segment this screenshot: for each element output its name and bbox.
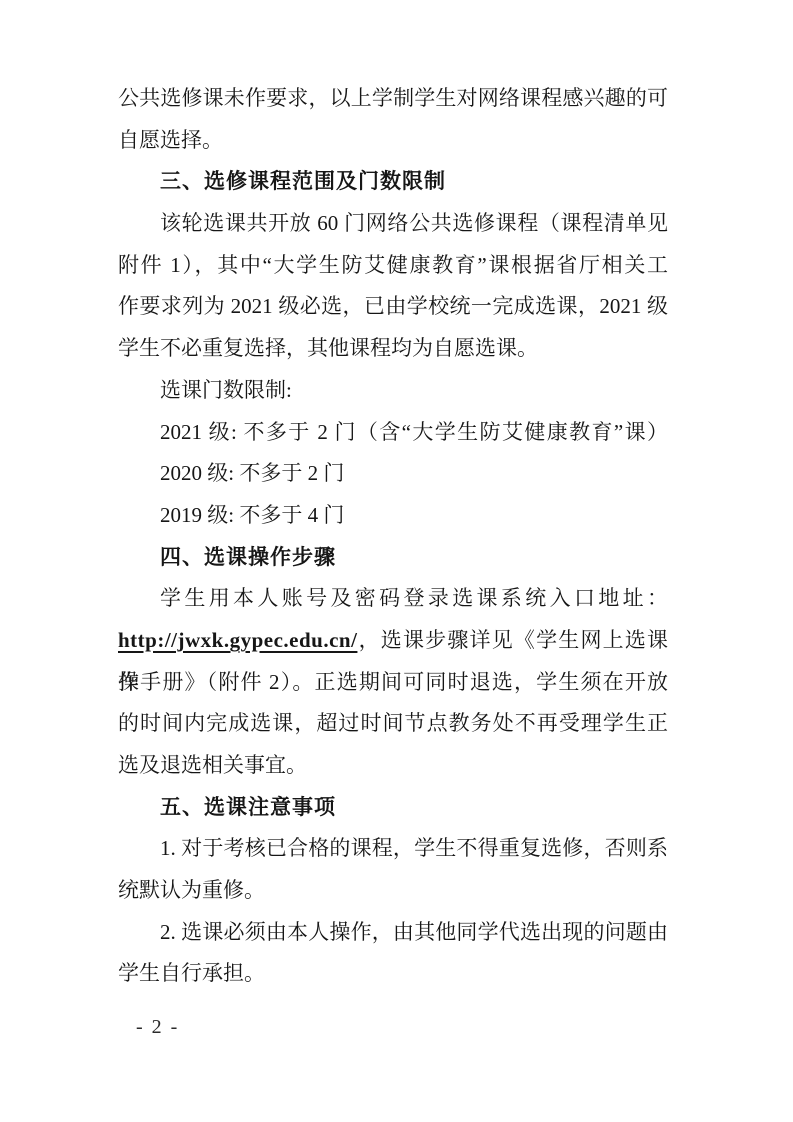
text-span: 学生自行承担。 — [118, 961, 265, 985]
text-span: 学生不必重复选择，其他课程均为自愿选课。 — [118, 336, 538, 360]
text-line: 2020 级: 不多于 2 门 — [118, 453, 668, 495]
text-line: 1. 对于考核已合格的课程，学生不得重复选修，否则系 — [118, 828, 668, 870]
text-span: 附件 1），其中“大学生防艾健康教育”课根据省厅相关工 — [118, 253, 668, 277]
text-span: 统默认为重修。 — [118, 878, 265, 902]
text-line: 2. 选课必须由本人操作，由其他同学代选出现的问题由 — [118, 912, 668, 954]
text-line: 选及退选相关事宜。 — [118, 745, 668, 787]
text-line: http://jwxk.gypec.edu.cn/，选课步骤详见《学生网上选课操 — [118, 620, 668, 662]
text-span: 选课门数限制: — [160, 378, 292, 402]
text-line: 作手册》（附件 2）。正选期间可同时退选，学生须在开放 — [118, 662, 668, 704]
text-span: 该轮选课共开放 60 门网络公共选修课程（课程清单见 — [160, 211, 668, 235]
text-span: 五、选课注意事项 — [160, 796, 336, 819]
text-line: 学生用本人账号及密码登录选课系统入口地址： — [118, 578, 668, 620]
text-line: 附件 1），其中“大学生防艾健康教育”课根据省厅相关工 — [118, 245, 668, 287]
document-body: 公共选修课未作要求，以上学制学生对网络课程感兴趣的可自愿选择。三、选修课程范围及… — [118, 78, 668, 995]
text-span: 三、选修课程范围及门数限制 — [160, 170, 446, 193]
page-number: - 2 - — [136, 1014, 179, 1040]
course-selection-url[interactable]: http://jwxk.gypec.edu.cn/ — [118, 628, 357, 652]
text-line: 公共选修课未作要求，以上学制学生对网络课程感兴趣的可 — [118, 78, 668, 120]
text-span: 学生用本人账号及密码登录选课系统入口地址： — [160, 586, 668, 610]
text-span: 四、选课操作步骤 — [160, 546, 336, 569]
text-span: 作要求列为 2021 级必选，已由学校统一完成选课，2021 级 — [118, 294, 668, 318]
section-heading: 五、选课注意事项 — [118, 787, 668, 829]
text-line: 自愿选择。 — [118, 120, 668, 162]
text-line: 2021 级: 不多于 2 门（含“大学生防艾健康教育”课） — [118, 412, 668, 454]
text-line: 学生自行承担。 — [118, 953, 668, 995]
text-span: 的时间内完成选课，超过时间节点教务处不再受理学生正 — [118, 711, 668, 735]
text-span: 1. 对于考核已合格的课程，学生不得重复选修，否则系 — [160, 836, 668, 860]
document-page: 公共选修课未作要求，以上学制学生对网络课程感兴趣的可自愿选择。三、选修课程范围及… — [0, 0, 793, 1122]
text-line: 的时间内完成选课，超过时间节点教务处不再受理学生正 — [118, 703, 668, 745]
text-span: 2019 级: 不多于 4 门 — [160, 503, 344, 527]
section-heading: 三、选修课程范围及门数限制 — [118, 161, 668, 203]
text-line: 作要求列为 2021 级必选，已由学校统一完成选课，2021 级 — [118, 286, 668, 328]
text-span: 自愿选择。 — [118, 128, 223, 152]
text-span: 选及退选相关事宜。 — [118, 753, 307, 777]
text-span: 2020 级: 不多于 2 门 — [160, 461, 344, 485]
text-span: 作手册》（附件 2）。正选期间可同时退选，学生须在开放 — [118, 670, 668, 694]
text-line: 学生不必重复选择，其他课程均为自愿选课。 — [118, 328, 668, 370]
text-span: 公共选修课未作要求，以上学制学生对网络课程感兴趣的可 — [118, 86, 668, 110]
text-span: 2. 选课必须由本人操作，由其他同学代选出现的问题由 — [160, 920, 668, 944]
text-span: 2021 级: 不多于 2 门（含“大学生防艾健康教育”课） — [160, 420, 668, 444]
section-heading: 四、选课操作步骤 — [118, 537, 668, 579]
text-line: 该轮选课共开放 60 门网络公共选修课程（课程清单见 — [118, 203, 668, 245]
text-line: 2019 级: 不多于 4 门 — [118, 495, 668, 537]
text-line: 统默认为重修。 — [118, 870, 668, 912]
text-line: 选课门数限制: — [118, 370, 668, 412]
